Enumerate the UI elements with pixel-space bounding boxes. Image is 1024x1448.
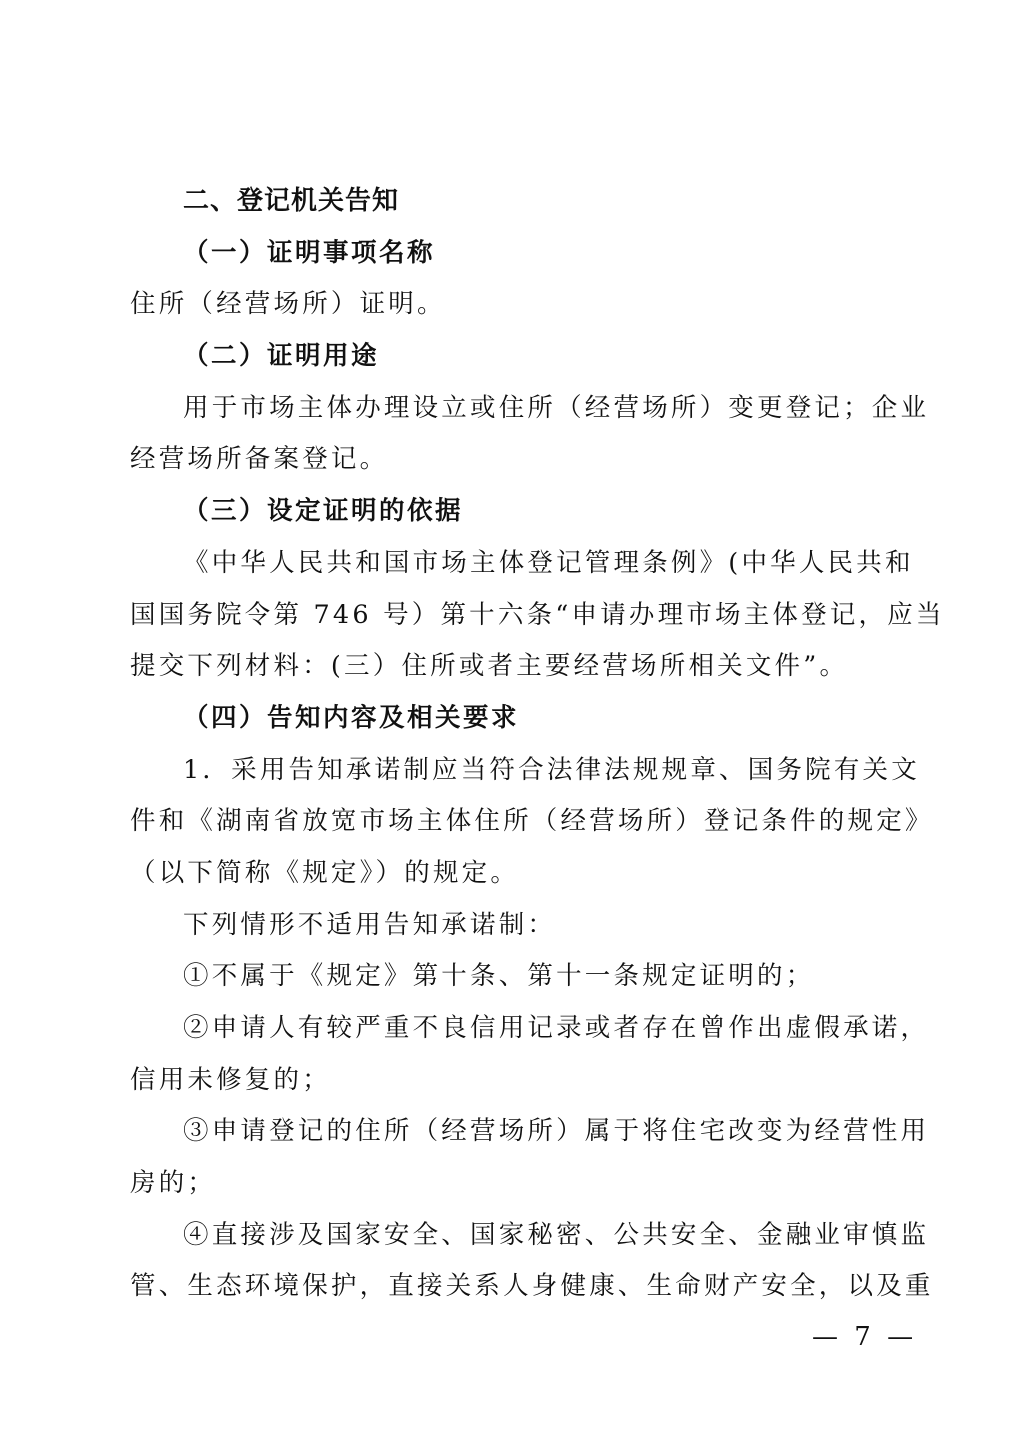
exclusion-item-2: ②申请人有较严重不良信用记录或者存在曾作出虚假承诺，	[130, 1003, 896, 1055]
paragraph-line: 提交下列材料：(三）住所或者主要经营场所相关文件”。	[130, 641, 896, 693]
paragraph-line: 国国务院令第 746 号）第十六条“申请办理市场主体登记，应当	[130, 590, 896, 642]
exclusion-item-3: ③申请登记的住所（经营场所）属于将住宅改变为经营性用	[130, 1106, 896, 1158]
paragraph-line: 《中华人民共和国市场主体登记管理条例》(中华人民共和	[130, 538, 896, 590]
exclusion-item-1: ①不属于《规定》第十条、第十一条规定证明的；	[130, 951, 896, 1003]
paragraph-line: 房的；	[130, 1158, 896, 1210]
paragraph-line: 件和《湖南省放宽市场主体住所（经营场所）登记条件的规定》	[130, 796, 896, 848]
paragraph-line: 1．采用告知承诺制应当符合法律法规规章、国务院有关文	[130, 745, 896, 797]
subsection-title-3: （三）设定证明的依据	[130, 486, 896, 538]
page-number: — 7 —	[812, 1322, 917, 1352]
paragraph-line: 管、生态环境保护，直接关系人身健康、生命财产安全，以及重	[130, 1261, 896, 1313]
subsection-title-4: （四）告知内容及相关要求	[130, 693, 896, 745]
paragraph-line: （以下简称《规定》）的规定。	[130, 848, 896, 900]
section-heading: 二、登记机关告知	[130, 176, 896, 228]
paragraph-line: 信用未修复的；	[130, 1055, 896, 1107]
paragraph-line: 经营场所备案登记。	[130, 434, 896, 486]
paragraph-line: 用于市场主体办理设立或住所（经营场所）变更登记；企业	[130, 383, 896, 435]
exclusion-intro: 下列情形不适用告知承诺制：	[130, 900, 896, 952]
document-page: 二、登记机关告知 （一）证明事项名称 住所（经营场所）证明。 （二）证明用途 用…	[130, 176, 896, 1313]
exclusion-item-4: ④直接涉及国家安全、国家秘密、公共安全、金融业审慎监	[130, 1210, 896, 1262]
subsection-text-1: 住所（经营场所）证明。	[130, 279, 896, 331]
subsection-title-2: （二）证明用途	[130, 331, 896, 383]
subsection-title-1: （一）证明事项名称	[130, 228, 896, 280]
